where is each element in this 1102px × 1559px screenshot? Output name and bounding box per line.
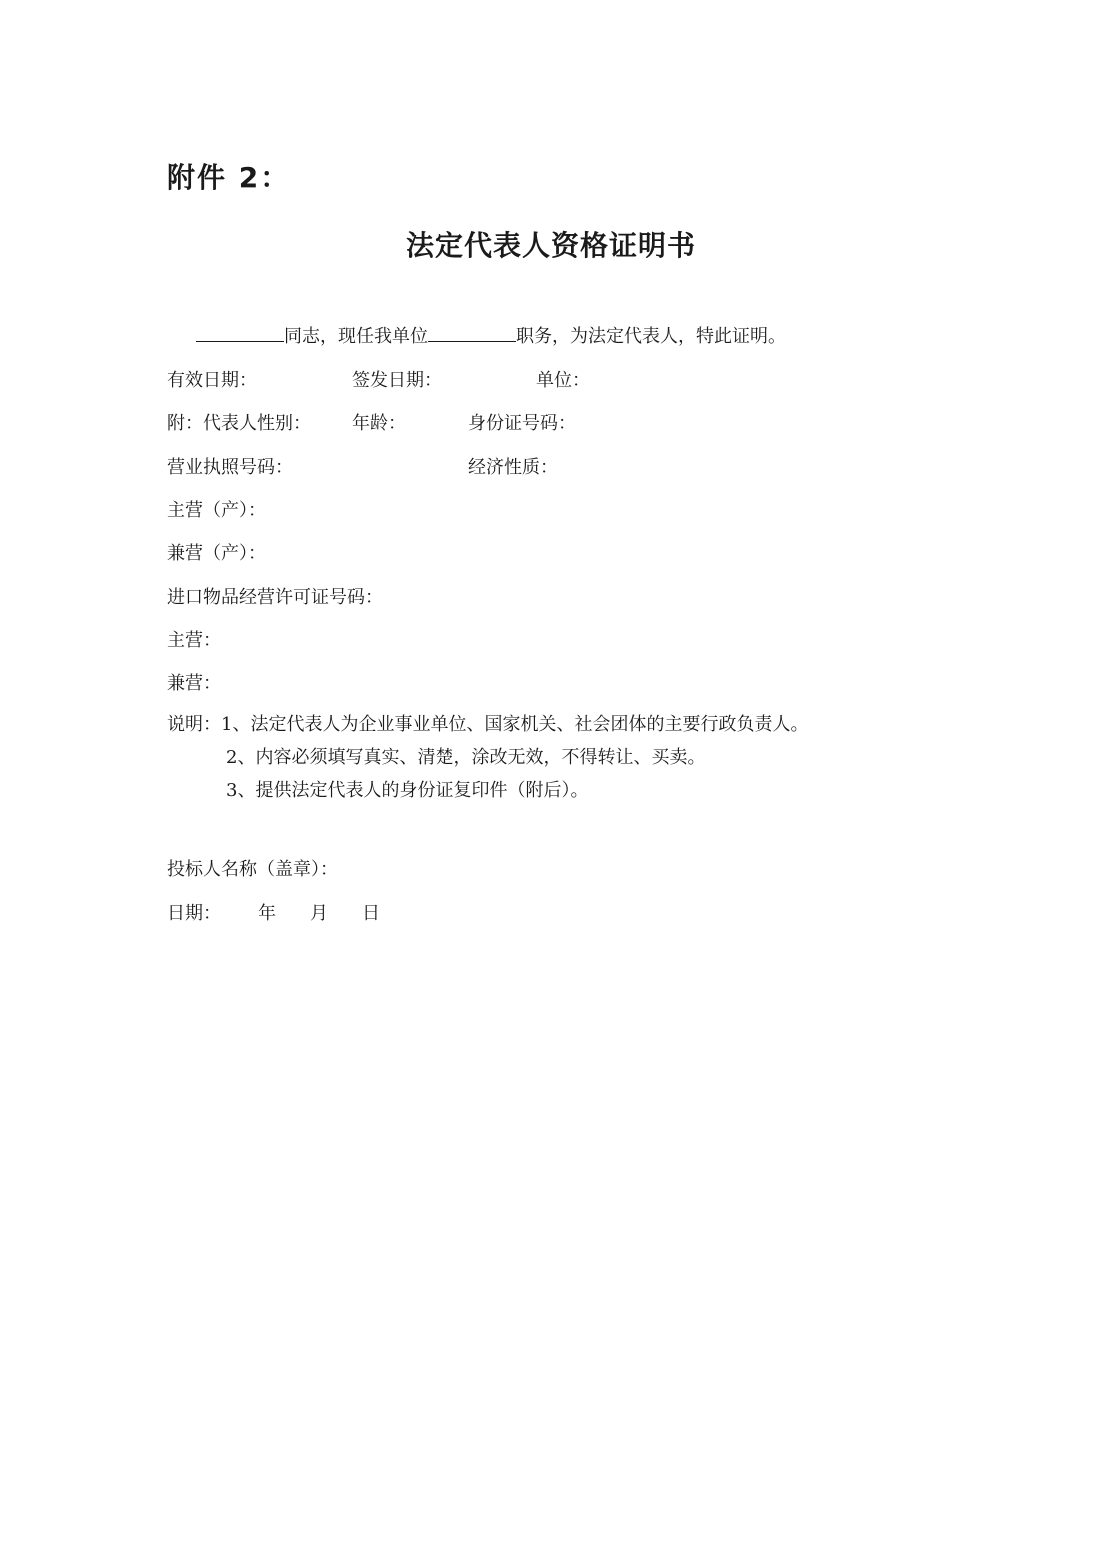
unit-label: 单位： (536, 366, 590, 392)
issue-date-label: 签发日期： (352, 366, 442, 392)
age-label: 年龄： (352, 409, 406, 435)
note-item-1: 1、法定代表人为企业事业单位、国家机关、社会团体的主要行政负责人。 (221, 710, 808, 736)
valid-date-label: 有效日期： (167, 366, 257, 392)
economic-nature-label: 经济性质： (468, 453, 558, 479)
main-business-prod-label: 主营（产）： (167, 496, 266, 522)
attachment-label: 附件 2： (167, 156, 290, 196)
note-item-2: 2、内容必须填写真实、清楚，涂改无效，不得转让、买卖。 (226, 743, 705, 769)
intro-part2: 职务，为法定代表人，特此证明。 (516, 326, 786, 347)
intro-sentence: 同志，现任我单位职务，为法定代表人，特此证明。 (196, 322, 786, 348)
document-title: 法定代表人资格证明书 (0, 224, 1102, 264)
day-label: 日 (362, 899, 380, 925)
side-business-label: 兼营： (167, 669, 221, 695)
year-label: 年 (258, 899, 276, 925)
note-item-3: 3、提供法定代表人的身份证复印件（附后）。 (226, 776, 588, 802)
intro-part1: 同志，现任我单位 (284, 326, 428, 347)
notes-label: 说明： (167, 710, 221, 736)
bidder-name-label: 投标人名称（盖章）： (167, 855, 338, 881)
license-number-label: 营业执照号码： (167, 453, 293, 479)
import-license-label: 进口物品经营许可证号码： (167, 583, 383, 609)
gender-label: 附：代表人性别： (167, 409, 311, 435)
date-label: 日期： (167, 899, 221, 925)
main-business-label: 主营： (167, 626, 221, 652)
month-label: 月 (310, 899, 328, 925)
name-blank[interactable] (196, 323, 284, 342)
position-blank[interactable] (428, 323, 516, 342)
side-business-prod-label: 兼营（产）： (167, 539, 266, 565)
id-number-label: 身份证号码： (468, 409, 576, 435)
